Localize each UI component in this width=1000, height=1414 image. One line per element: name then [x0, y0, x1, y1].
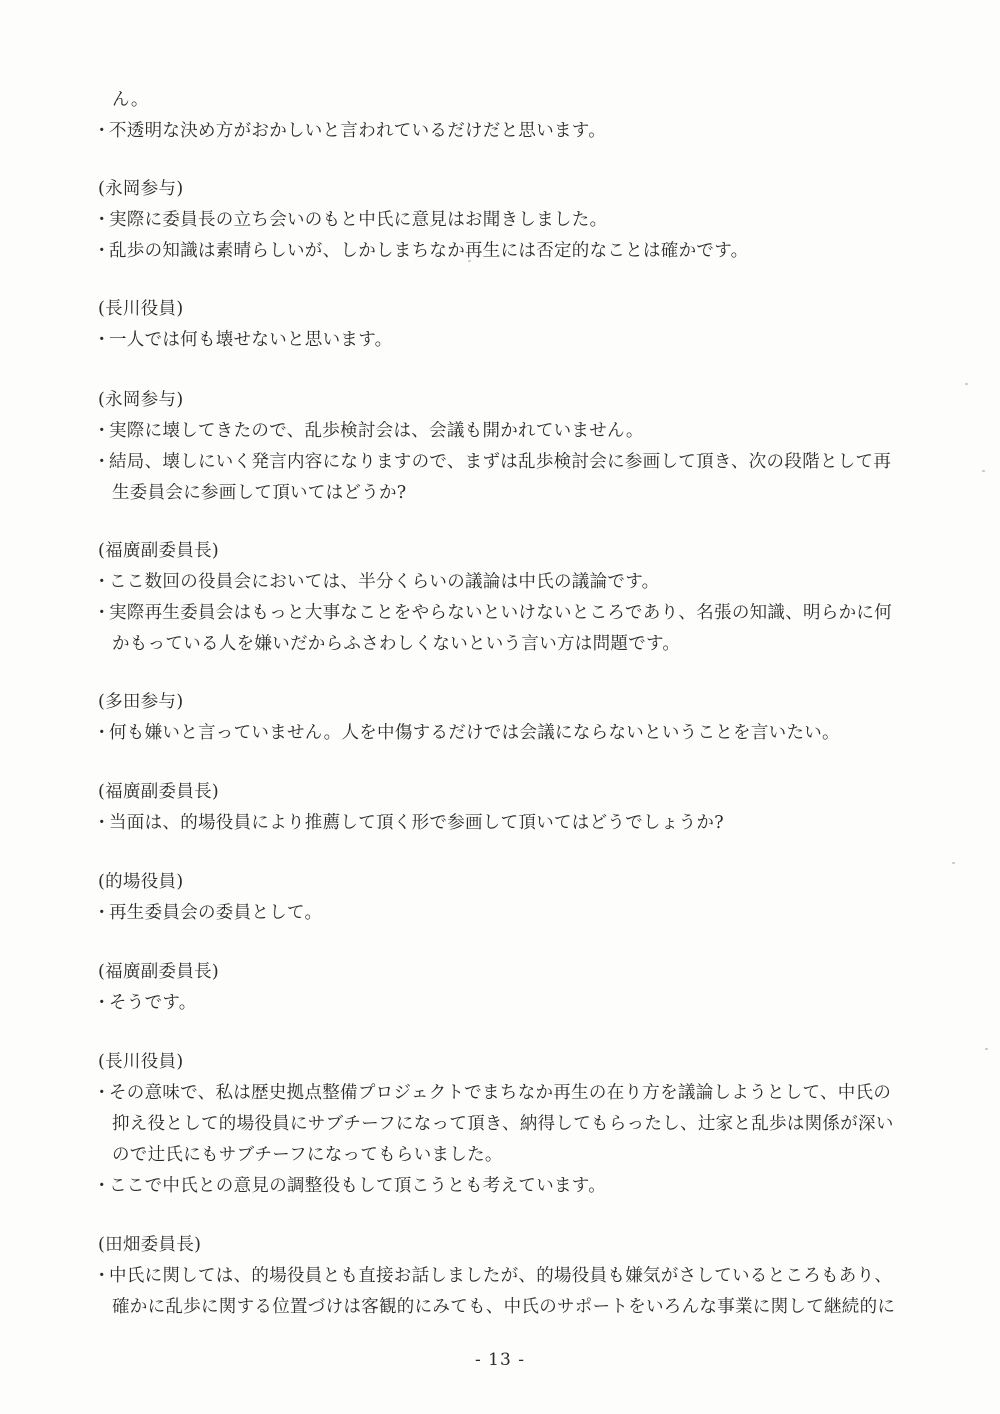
text-line: ので辻氏にもサブチーフになってもらいました。 — [112, 1143, 503, 1167]
scan-speck — [468, 260, 471, 262]
bullet-icon: ・ — [93, 419, 109, 443]
bullet-item: ・不透明な決め方がおかしいと言われているだけだと思います。 — [93, 119, 606, 143]
bullet-item: ・一人では何も壊せないと思います。 — [93, 328, 392, 352]
bullet-text: 当面は、的場役員により推薦して頂く形で参画して頂いてはどうでしょうか? — [109, 813, 724, 833]
text-line: 抑え役として的場役員にサブチーフになって頂き、納得してもらったし、辻家と乱歩は関… — [112, 1112, 894, 1136]
speaker-label: (長川役員) — [98, 1050, 183, 1074]
bullet-text: ここで中氏との意見の調整役もして頂こうとも考えています。 — [109, 1176, 606, 1196]
bullet-item: ・そうです。 — [93, 991, 197, 1015]
bullet-item: ・ここで中氏との意見の調整役もして頂こうとも考えています。 — [93, 1174, 606, 1198]
speaker-label: (福廣副委員長) — [98, 780, 219, 804]
page-number: - 13 - — [0, 1350, 1000, 1370]
bullet-text: 実際に壊してきたので、乱歩検討会は、会議も開かれていません。 — [109, 421, 644, 441]
bullet-icon: ・ — [93, 901, 109, 925]
text-line: かもっている人を嫌いだからふさわしくないという言い方は問題です。 — [112, 632, 680, 656]
bullet-icon: ・ — [93, 208, 109, 232]
bullet-text: 実際再生委員会はもっと大事なことをやらないといけないところであり、名張の知識、明… — [109, 603, 892, 623]
bullet-icon: ・ — [93, 601, 109, 625]
text-line: 確かに乱歩に関する位置づけは客観的にみても、中氏のサポートをいろんな事業に関して… — [112, 1295, 895, 1319]
bullet-text: ここ数回の役員会においては、半分くらいの議論は中氏の議論です。 — [109, 572, 659, 592]
bullet-icon: ・ — [93, 1174, 109, 1198]
bullet-icon: ・ — [93, 721, 109, 745]
bullet-icon: ・ — [93, 450, 109, 474]
text-line: 生委員会に参画して頂いてはどうか? — [112, 481, 406, 505]
bullet-text: そうです。 — [109, 993, 197, 1013]
speaker-label: (田畑委員長) — [98, 1233, 201, 1257]
bullet-text: 乱歩の知識は素晴らしいが、しかしまちなか再生には否定的なことは確かです。 — [109, 241, 748, 261]
speaker-label: (福廣副委員長) — [98, 539, 219, 563]
bullet-icon: ・ — [93, 570, 109, 594]
bullet-icon: ・ — [93, 991, 109, 1015]
speaker-label: (永岡参与) — [98, 388, 183, 412]
text-line: ん。 — [112, 88, 149, 112]
bullet-icon: ・ — [93, 811, 109, 835]
bullet-item: ・実際に委員長の立ち会いのもと中氏に意見はお聞きしました。 — [93, 208, 607, 232]
scan-speck — [985, 1048, 988, 1050]
bullet-icon: ・ — [93, 328, 109, 352]
speaker-label: (多田参与) — [98, 690, 183, 714]
bullet-text: 再生委員会の委員として。 — [109, 903, 322, 923]
scan-speck — [952, 862, 955, 864]
scan-speck — [982, 470, 985, 472]
bullet-item: ・再生委員会の委員として。 — [93, 901, 322, 925]
speaker-label: (福廣副委員長) — [98, 960, 219, 984]
bullet-item: ・中氏に関しては、的場役員とも直接お話しましたが、的場役員も嫌気がさしているとこ… — [93, 1264, 892, 1288]
bullet-icon: ・ — [93, 239, 109, 263]
document-page: ん。 ・不透明な決め方がおかしいと言われているだけだと思います。 (永岡参与) … — [0, 0, 1000, 1414]
scan-speck — [965, 383, 968, 385]
speaker-label: (長川役員) — [98, 297, 183, 321]
bullet-text: 実際に委員長の立ち会いのもと中氏に意見はお聞きしました。 — [109, 210, 607, 230]
bullet-item: ・その意味で、私は歴史拠点整備プロジェクトでまちなか再生の在り方を議論しようとし… — [93, 1081, 891, 1105]
bullet-icon: ・ — [93, 1081, 109, 1105]
bullet-item: ・結局、壊しにいく発言内容になりますので、まずは乱歩検討会に参画して頂き、次の段… — [93, 450, 891, 474]
bullet-text: その意味で、私は歴史拠点整備プロジェクトでまちなか再生の在り方を議論しようとして… — [109, 1083, 891, 1103]
bullet-item: ・ここ数回の役員会においては、半分くらいの議論は中氏の議論です。 — [93, 570, 659, 594]
bullet-item: ・何も嫌いと言っていません。人を中傷するだけでは会議にならないということを言いた… — [93, 721, 840, 745]
bullet-text: 結局、壊しにいく発言内容になりますので、まずは乱歩検討会に参画して頂き、次の段階… — [109, 452, 891, 472]
bullet-text: 不透明な決め方がおかしいと言われているだけだと思います。 — [109, 121, 606, 141]
bullet-text: 中氏に関しては、的場役員とも直接お話しましたが、的場役員も嫌気がさしているところ… — [109, 1266, 892, 1286]
bullet-item: ・実際に壊してきたので、乱歩検討会は、会議も開かれていません。 — [93, 419, 644, 443]
bullet-icon: ・ — [93, 1264, 109, 1288]
speaker-label: (的場役員) — [98, 870, 183, 894]
bullet-icon: ・ — [93, 119, 109, 143]
bullet-text: 一人では何も壊せないと思います。 — [109, 330, 392, 350]
bullet-item: ・実際再生委員会はもっと大事なことをやらないといけないところであり、名張の知識、… — [93, 601, 892, 625]
bullet-item: ・乱歩の知識は素晴らしいが、しかしまちなか再生には否定的なことは確かです。 — [93, 239, 748, 263]
bullet-text: 何も嫌いと言っていません。人を中傷するだけでは会議にならないということを言いたい… — [109, 723, 840, 743]
speaker-label: (永岡参与) — [98, 177, 183, 201]
bullet-item: ・当面は、的場役員により推薦して頂く形で参画して頂いてはどうでしょうか? — [93, 811, 724, 835]
